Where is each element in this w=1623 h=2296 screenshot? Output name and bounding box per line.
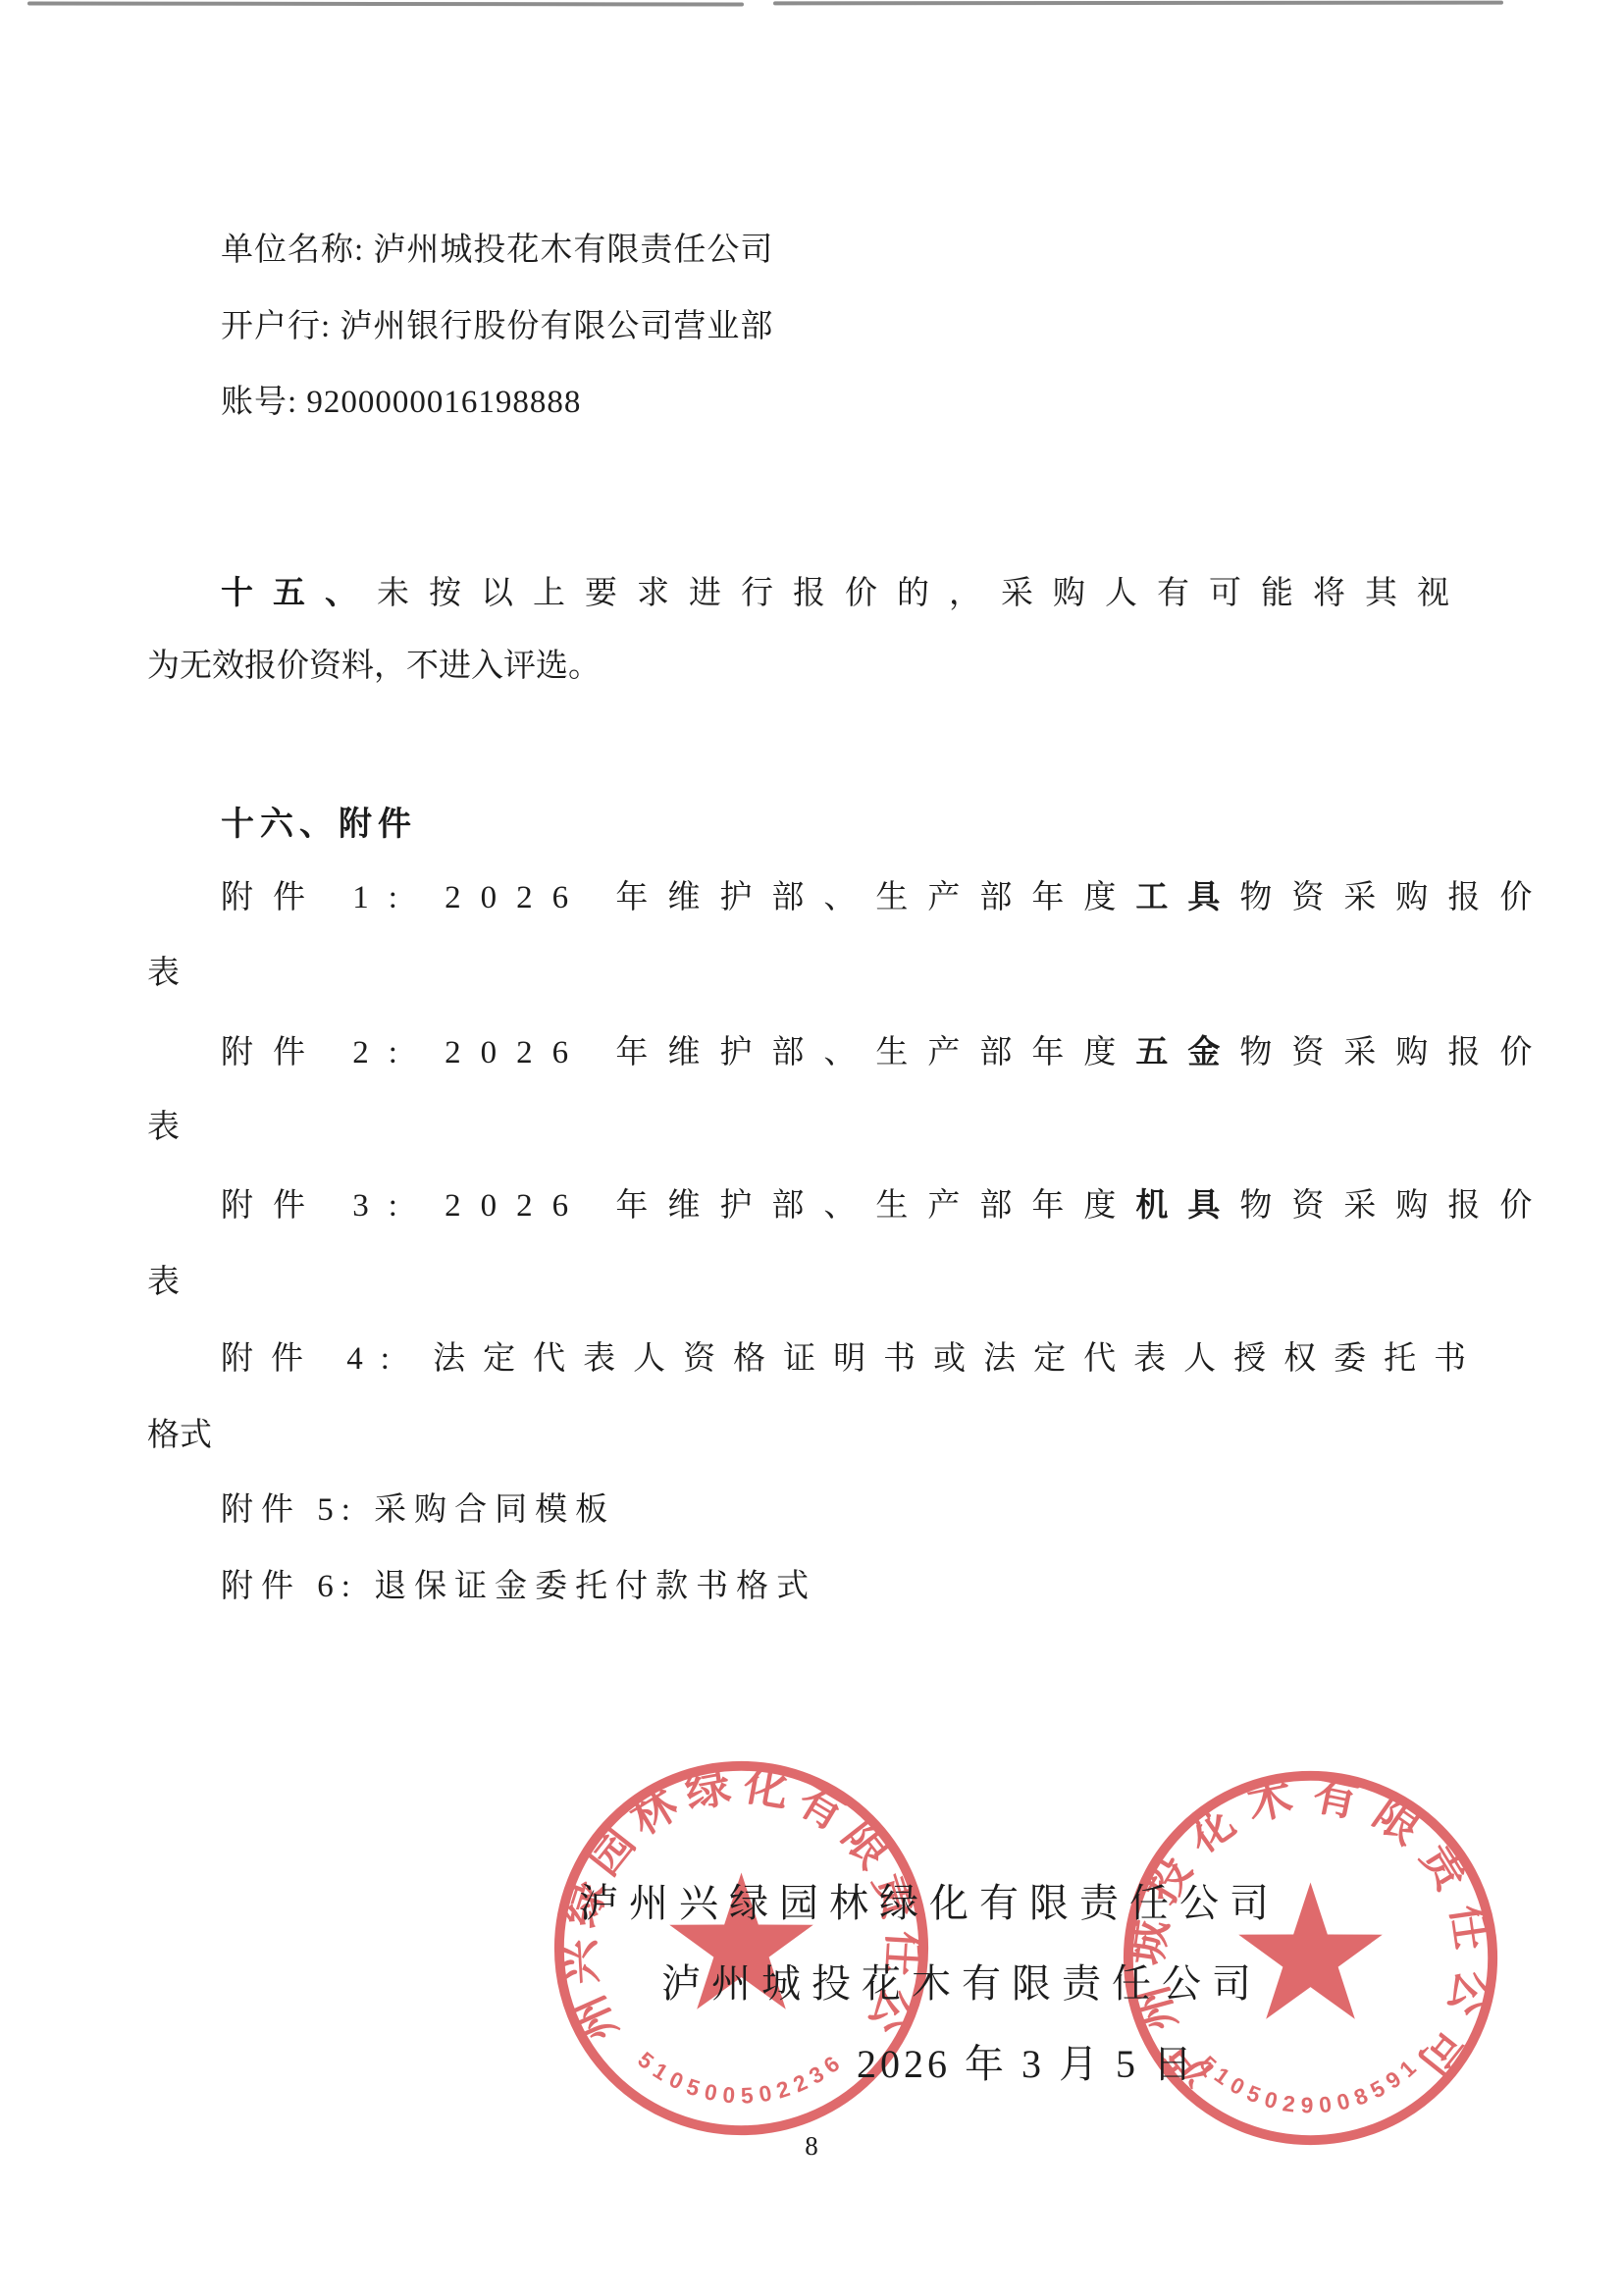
attachment-5-text: 附件 5: 采购合同模板 [221,1492,615,1528]
attachment-3-line: 附件 3: 2026 年维护部、生产部年度机具物资采购报价 [221,1179,1551,1226]
scan-artifact [27,1,744,6]
attachment-3-wrap-text: 表 [147,1265,180,1300]
attachment-1-line: 附件 1: 2026 年维护部、生产部年度工具物资采购报价 [221,871,1551,917]
attachment-2-wrap-text: 表 [147,1110,180,1145]
attachment-3-bold: 机具 [1135,1186,1239,1223]
signature-date-text: 2026 年 3 月 5 日 [857,2042,1196,2086]
attachment-5-line: 附件 5: 采购合同模板 [221,1484,615,1530]
attachment-1-bold: 工具 [1135,878,1239,914]
attachment-4-wrap: 格式 [147,1409,212,1455]
attachment-4-wrap-text: 格式 [147,1418,212,1453]
attachment-1-wrap-text: 表 [147,956,180,991]
attachment-2-suf: 物资采购报价 [1239,1035,1551,1070]
account-label: 账号: [221,385,306,420]
page-number: 8 [0,2131,1623,2162]
document-page: 单位名称: 泸州城投花木有限责任公司 开户行: 泸州银行股份有限公司营业部 账号… [0,0,1623,2296]
attachment-6-line: 附件 6: 退保证金委托付款书格式 [221,1560,816,1606]
section-15-text-1: 未按以上要求进行报价的，采购人有可能将其视 [377,576,1469,611]
attachment-3-pre: 附件 3: 2026 年维护部、生产部年度 [221,1188,1135,1224]
bank-branch-line: 开户行: 泸州银行股份有限公司营业部 [221,300,773,346]
attachment-2-line: 附件 2: 2026 年维护部、生产部年度五金物资采购报价 [221,1026,1551,1072]
section-16-heading: 十六、附件 [221,797,417,845]
account-number: 9200000016198888 [306,385,581,420]
signature-company-2: 泸州城投花木有限责任公司 [661,1953,1262,2009]
section-15-text-2: 为无效报价资料，不进入评选。 [147,649,601,684]
page-number-text: 8 [805,2131,818,2161]
attachment-1-suf: 物资采购报价 [1239,880,1551,915]
bank-unit-name-text: 单位名称: 泸州城投花木有限责任公司 [221,233,773,268]
signature-date: 2026 年 3 月 5 日 [857,2033,1196,2089]
attachment-4-line: 附件 4: 法定代表人资格证明书或法定代表人授权委托书 [221,1332,1484,1379]
signature-company-1: 泸州兴绿园林绿化有限责任公司 [579,1872,1280,1928]
seal-code-text: 510500502236 [633,2047,850,2109]
bank-account-line: 账号: 9200000016198888 [221,376,581,422]
section-15-line-2: 为无效报价资料，不进入评选。 [147,640,601,686]
bank-branch-text: 开户行: 泸州银行股份有限公司营业部 [221,309,773,344]
attachment-1-wrap: 表 [147,947,180,993]
attachment-3-suf: 物资采购报价 [1239,1188,1551,1224]
signature-company-2-text: 泸州城投花木有限责任公司 [661,1961,1262,2006]
bank-unit-name-line: 单位名称: 泸州城投花木有限责任公司 [221,224,773,270]
attachment-2-wrap: 表 [147,1101,180,1147]
scan-artifact [773,1,1503,6]
section-15-heading: 十五、 [221,574,377,610]
signature-company-1-text: 泸州兴绿园林绿化有限责任公司 [579,1881,1280,1925]
attachment-1-pre: 附件 1: 2026 年维护部、生产部年度 [221,880,1135,915]
attachment-3-wrap: 表 [147,1256,180,1302]
section-16-heading-text: 十六、附件 [221,806,417,843]
section-15-line-1: 十五、未按以上要求进行报价的，采购人有可能将其视 [221,567,1469,613]
seal-code-text: 5105029008591 [1195,2051,1426,2118]
attachment-6-text: 附件 6: 退保证金委托付款书格式 [221,1569,816,1604]
attachment-2-pre: 附件 2: 2026 年维护部、生产部年度 [221,1035,1135,1070]
attachment-2-bold: 五金 [1135,1033,1239,1070]
attachment-4-pre: 附件 4: 法定代表人资格证明书或法定代表人授权委托书 [221,1341,1484,1377]
